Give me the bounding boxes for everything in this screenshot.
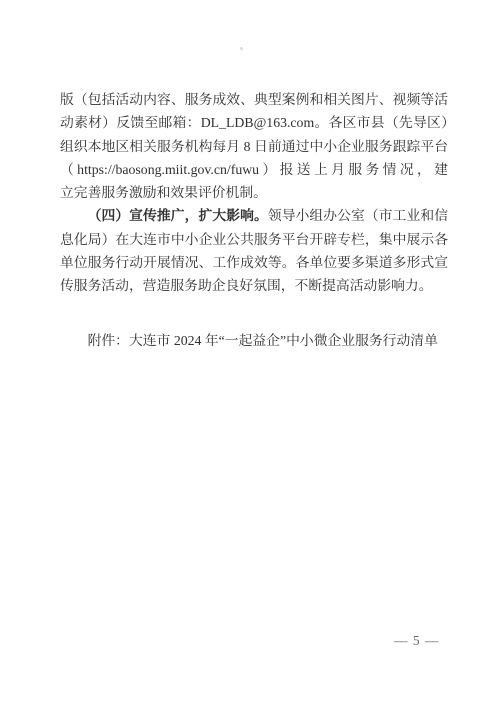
text-line: 立完善服务激励和效果评价机制。 xyxy=(60,181,448,204)
section-text: 领导小组办公室（市工业和信 xyxy=(268,208,448,223)
text-line: 息化局）在大连市中小企业公共服务平台开辟专栏，集中展示各 xyxy=(60,228,448,251)
attachment-line: 附件：大连市 2024 年“一起益企”中小微企业服务行动清单 xyxy=(60,329,448,352)
scan-speck xyxy=(240,47,243,50)
text-line: （https://baosong.miit.gov.cn/fuwu）报送上月服务… xyxy=(60,158,448,181)
text-line: 单位服务行动开展情况、工作成效等。各单位要多渠道多形式宣 xyxy=(60,251,448,274)
text-line-section-start: （四）宣传推广，扩大影响。领导小组办公室（市工业和信 xyxy=(60,204,448,227)
document-body: 版（包括活动内容、服务成效、典型案例和相关图片、视频等活 动素材）反馈至邮箱：D… xyxy=(60,88,448,352)
text-line: 动素材）反馈至邮箱：DL_LDB@163.com。各区市县（先导区）要 xyxy=(60,111,448,134)
text-line: 组织本地区相关服务机构每月 8 日前通过中小企业服务跟踪平台 xyxy=(60,135,448,158)
document-page: 版（包括活动内容、服务成效、典型案例和相关图片、视频等活 动素材）反馈至邮箱：D… xyxy=(0,0,500,707)
page-number: — 5 — xyxy=(394,633,440,649)
text-line: 版（包括活动内容、服务成效、典型案例和相关图片、视频等活 xyxy=(60,88,448,111)
section-heading: （四）宣传推广，扩大影响。 xyxy=(88,208,268,223)
text-line: 传服务活动，营造服务助企良好氛围，不断提高活动影响力。 xyxy=(60,274,448,297)
